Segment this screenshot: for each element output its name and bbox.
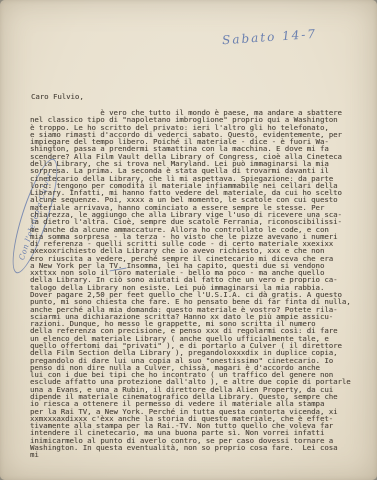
letter-page: Sabato 14-7 Con l'elenco a Culver Caro F…: [0, 0, 377, 480]
letter-salutation: Caro Fulvio,: [31, 93, 84, 100]
letter-body-text: è vero che tutto il mondo è paese, ma an…: [30, 109, 351, 459]
handwritten-date-note: Sabato 14-7: [222, 27, 318, 48]
